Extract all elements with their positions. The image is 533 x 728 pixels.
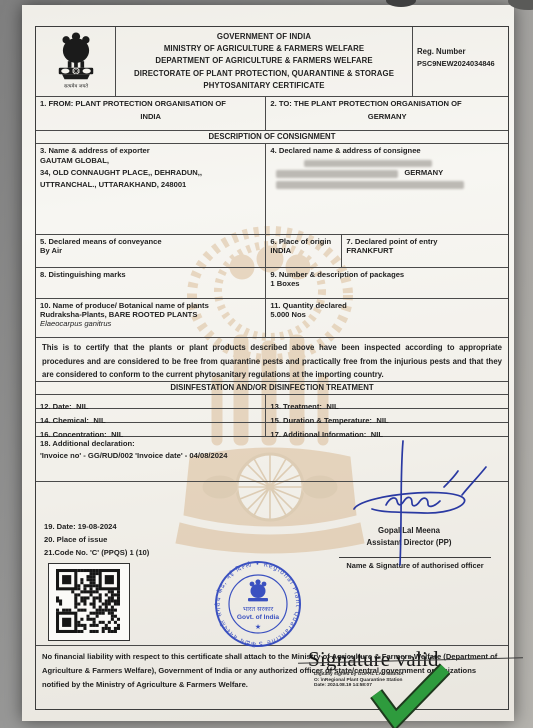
certificate-paper: सत्यमेव जयते GOVERNMENT OF INDIA MINISTR… <box>22 5 514 721</box>
qr-code <box>48 563 130 641</box>
stamp-bharat-sarkar: भारत सरकार <box>243 605 274 613</box>
svg-text:केंद्रीय वनस्पति संगरोध केंद्र: केंद्रीय वनस्पति संगरोध केंद्र, नई दिल्ल… <box>212 558 301 648</box>
exporter-name: GAUTAM GLOBAL, <box>40 155 261 167</box>
treatment-row-2: 14. Chemical: NIL 15. Duration & Tempera… <box>36 408 508 422</box>
stamp-star: ★ <box>255 623 261 631</box>
header-row: सत्यमेव जयते GOVERNMENT OF INDIA MINISTR… <box>36 27 508 96</box>
entry-value: FRANKFURT <box>346 246 504 255</box>
signature-area: 19. Date: 19-08-2024 20. Place of issue … <box>36 481 508 645</box>
consignee-label: 4. Declared name & address of consignee <box>270 146 504 155</box>
redaction-bar <box>276 170 398 178</box>
exporter-consignee-row: 3. Name & address of exporter GAUTAM GLO… <box>36 143 508 234</box>
concentration-cell: 16. Concentration: NIL <box>36 423 265 436</box>
exporter-cell: 3. Name & address of exporter GAUTAM GLO… <box>36 144 265 234</box>
packages-value: 1 Boxes <box>270 279 504 288</box>
treatment-row-1: 12. Date: NIL 13. Treatment: NIL <box>36 394 508 408</box>
produce-cell: 10. Name of produce/ Botanical name of p… <box>36 299 265 337</box>
additional-info-cell: 17. Additional Information: NIL <box>265 423 508 436</box>
produce-botanical-name: Elaeocarpus ganitrus <box>40 319 261 328</box>
quantity-label: 11. Quantity declared <box>270 301 504 310</box>
issue-block: 19. Date: 19-08-2024 20. Place of issue … <box>44 521 149 559</box>
entry-cell: 7. Declared point of entry FRANKFURT <box>341 235 508 267</box>
produce-row: 10. Name of produce/ Botanical name of p… <box>36 298 508 337</box>
certification-row: This is to certify that the plants or pl… <box>36 337 508 381</box>
reg-number-value: PSC9NEW2024034846 <box>417 59 504 69</box>
exporter-address-1: 34, OLD CONNAUGHT PLACE,, DEHRADUN,, <box>40 167 261 179</box>
issue-date: 19. Date: 19-08-2024 <box>44 521 149 534</box>
quarantine-office-stamp-icon: केंद्रीय वनस्पति संगरोध केंद्र, नई दिल्ल… <box>212 558 304 650</box>
from-cell: 1. FROM: PLANT PROTECTION ORGANISATION O… <box>36 97 265 130</box>
header-title-block: GOVERNMENT OF INDIA MINISTRY OF AGRICULT… <box>115 27 412 96</box>
treatment-banner: DISINFESTATION AND/OR DISINFECTION TREAT… <box>36 382 508 393</box>
green-checkmark-icon <box>368 661 450 728</box>
to-label: 2. TO: THE PLANT PROTECTION ORGANISATION… <box>270 99 504 108</box>
officer-signature-icon <box>324 437 514 577</box>
origin-label: 6. Place of origin <box>270 237 337 246</box>
conveyance-row: 5. Declared means of conveyance By Air 6… <box>36 234 508 267</box>
emblem-cell: सत्यमेव जयते <box>36 27 115 96</box>
conveyance-value: By Air <box>40 246 261 255</box>
marks-cell: 8. Distinguishing marks <box>36 268 265 298</box>
concentration-value: NIL <box>111 430 123 439</box>
produce-value: Rudraksha-Plants, BARE ROOTED PLANTS <box>40 310 261 319</box>
from-label: 1. FROM: PLANT PROTECTION ORGANISATION O… <box>40 99 261 108</box>
certificate-table: सत्यमेव जयते GOVERNMENT OF INDIA MINISTR… <box>35 26 509 710</box>
certification-text: This is to certify that the plants or pl… <box>42 341 502 382</box>
date-cell: 12. Date: NIL <box>36 395 265 408</box>
header-line-ministry: MINISTRY OF AGRICULTURE & FARMERS WELFAR… <box>120 43 408 55</box>
packages-cell: 9. Number & description of packages 1 Bo… <box>265 268 508 298</box>
description-banner-row: DESCRIPTION OF CONSIGNMENT <box>36 130 508 143</box>
stamp-arc-text: केंद्रीय वनस्पति संगरोध केंद्र, नई दिल्ल… <box>212 558 301 648</box>
to-cell: 2. TO: THE PLANT PROTECTION ORGANISATION… <box>265 97 508 130</box>
header-line-certificate-title: PHYTOSANITARY CERTIFICATE <box>120 80 408 92</box>
origin-value: INDIA <box>270 246 337 255</box>
treatment-row-3: 16. Concentration: NIL 17. Additional In… <box>36 422 508 436</box>
issue-code: 21.Code No. 'C' (PPQS) 1 (10) <box>44 547 149 560</box>
duration-cell: 15. Duration & Temperature: NIL <box>265 409 508 422</box>
india-national-emblem-icon: सत्यमेव जयते <box>50 30 102 94</box>
consignee-country: GERMANY <box>404 168 443 177</box>
reg-number-cell: Reg. Number PSC9NEW2024034846 <box>412 27 508 96</box>
marks-row: 8. Distinguishing marks 9. Number & desc… <box>36 267 508 298</box>
digital-signature-panel: Signature valid Digitally signed by GOPA… <box>308 647 516 689</box>
to-value: GERMANY <box>270 112 504 121</box>
origin-cell: 6. Place of origin INDIA <box>265 235 341 267</box>
conveyance-cell: 5. Declared means of conveyance By Air <box>36 235 265 267</box>
produce-label: 10. Name of produce/ Botanical name of p… <box>40 301 261 310</box>
marks-label: 8. Distinguishing marks <box>40 270 261 279</box>
parties-row: 1. FROM: PLANT PROTECTION ORGANISATION O… <box>36 96 508 130</box>
entry-label: 7. Declared point of entry <box>346 237 504 246</box>
redaction-bar <box>304 160 432 167</box>
chemical-cell: 14. Chemical: NIL <box>36 409 265 422</box>
consignee-cell: 4. Declared name & address of consignee … <box>265 144 508 234</box>
treatment-banner-row: DISINFESTATION AND/OR DISINFECTION TREAT… <box>36 381 508 394</box>
header-line-government: GOVERNMENT OF INDIA <box>120 31 408 43</box>
exporter-label: 3. Name & address of exporter <box>40 146 261 155</box>
quantity-value: 5.000 Nos <box>270 310 504 319</box>
from-value: INDIA <box>40 112 261 121</box>
packages-label: 9. Number & description of packages <box>270 270 504 279</box>
reg-number-label: Reg. Number <box>417 47 466 56</box>
quantity-cell: 11. Quantity declared 5.000 Nos <box>265 299 508 337</box>
exporter-address-2: UTTRANCHAL., UTTARAKHAND, 248001 <box>40 179 261 191</box>
header-line-department: DEPARTMENT OF AGRICULTURE & FARMERS WELF… <box>120 55 408 67</box>
treatment-cell: 13. Treatment: NIL <box>265 395 508 408</box>
emblem-caption: सत्यमेव जयते <box>63 82 87 89</box>
concentration-label: 16. Concentration: <box>40 430 107 439</box>
header-line-directorate: DIRECTORATE OF PLANT PROTECTION, QUARANT… <box>120 68 408 80</box>
stamp-govt-of-india: Govt. of India <box>237 614 279 621</box>
scanned-certificate-photo: सत्यमेव जयते GOVERNMENT OF INDIA MINISTR… <box>0 0 533 728</box>
issue-place: 20. Place of issue <box>44 534 149 547</box>
description-banner: DESCRIPTION OF CONSIGNMENT <box>36 131 508 142</box>
redaction-bar <box>276 181 464 189</box>
conveyance-label: 5. Declared means of conveyance <box>40 237 261 246</box>
